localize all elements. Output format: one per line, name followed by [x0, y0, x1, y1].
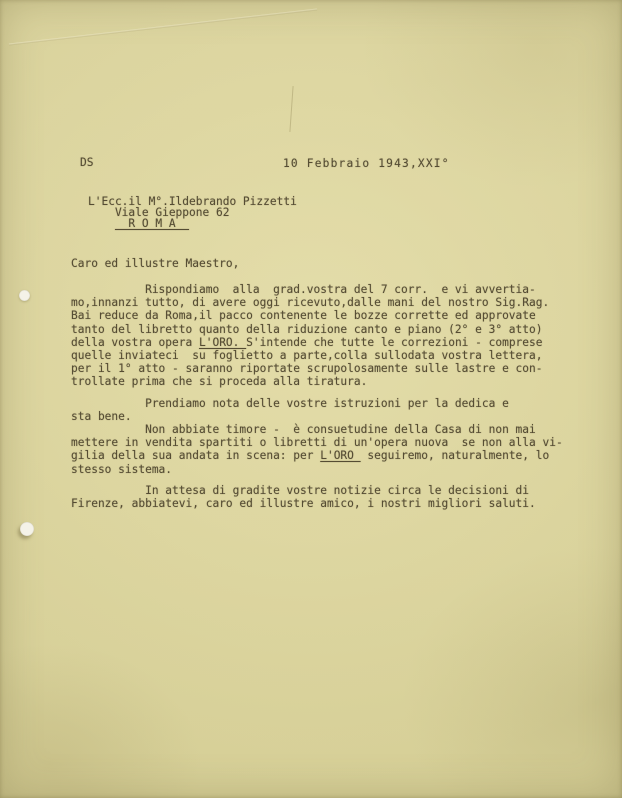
letter-paragraph: In attesa di gradite vostre notizie circ… — [71, 484, 616, 510]
text-line: per il 1° atto - saranno riportate scrup… — [71, 362, 616, 375]
recipient-address: L'Ecc.il M°.Ildebrando Pizzetti Viale Gi… — [88, 196, 297, 229]
text-line: Bai reduce da Roma,il pacco contenente l… — [71, 309, 616, 322]
letter-paragraph: Rispondiamo alla grad.vostra del 7 corr.… — [71, 283, 616, 389]
letter-paragraph: Prendiamo nota delle vostre istruzioni p… — [71, 397, 616, 423]
text-line: gilia della sua andata in scena: per L'O… — [71, 449, 616, 462]
text-line: mettere in vendita spartiti o libretti d… — [71, 436, 616, 449]
text-line: Firenze, abbiatevi, caro ed illustre ami… — [71, 497, 616, 510]
letter-page: DS 10 Febbraio 1943,XXI° L'Ecc.il M°.Ild… — [0, 0, 622, 798]
text-line: Rispondiamo alla grad.vostra del 7 corr.… — [71, 283, 616, 296]
text-line: tanto del libretto quanto della riduzion… — [71, 323, 616, 336]
typist-initials: DS — [80, 156, 93, 169]
paper-crease — [9, 8, 317, 45]
text-line: Prendiamo nota delle vostre istruzioni p… — [71, 397, 616, 410]
text-line: In attesa di gradite vostre notizie circ… — [71, 484, 616, 497]
punch-hole-bottom — [20, 522, 34, 536]
text-line: della vostra opera L'ORO. S'intende che … — [71, 336, 616, 349]
text-line: quelle inviateci su foglietto a parte,co… — [71, 349, 616, 362]
letter-paragraph: Non abbiate timore - è consuetudine dell… — [71, 423, 616, 476]
salutation: Caro ed illustre Maestro, — [71, 257, 239, 270]
text-line: sta bene. — [71, 410, 616, 423]
text-line: trollate prima che si proceda alla tirat… — [71, 375, 616, 388]
punch-hole-top — [19, 290, 30, 301]
text-line: Non abbiate timore - è consuetudine dell… — [71, 423, 616, 436]
letter-body: Rispondiamo alla grad.vostra del 7 corr.… — [71, 283, 616, 510]
letter-date: 10 Febbraio 1943,XXI° — [283, 157, 450, 170]
paper-scratch — [289, 86, 293, 132]
recipient-line: R O M A — [88, 218, 297, 229]
text-line: stesso sistema. — [71, 463, 616, 476]
text-line: mo,innanzi tutto, di avere oggi ricevuto… — [71, 296, 616, 309]
